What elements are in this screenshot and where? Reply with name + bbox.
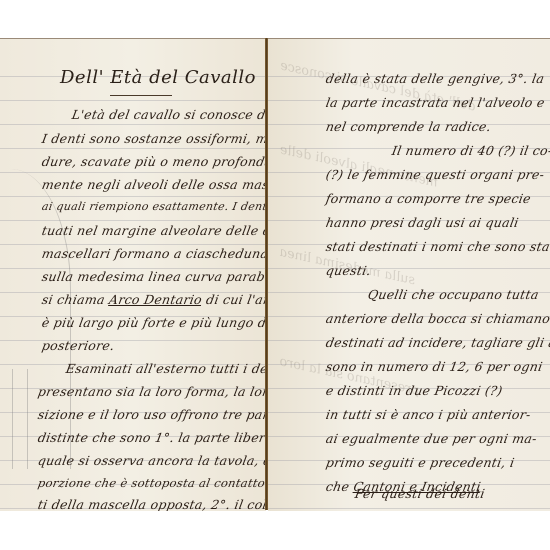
text-line: quale si osserva ancora la tavola, cioè … <box>37 453 266 468</box>
text-line: destinati ad incidere, tagliare gli a- <box>325 335 550 350</box>
text-line: Per questi dei denti <box>354 486 487 501</box>
text-line: primo seguiti e precedenti, i <box>325 455 516 470</box>
text-line: tuati nel margine alveolare delle ossa <box>41 223 266 238</box>
text-line: L'età del cavallo si conosce dai denti <box>71 107 266 122</box>
text-line: hanno presi dagli usi ai quali <box>325 215 520 230</box>
text-fragment: si chiama <box>41 292 107 307</box>
text-line: mente negli alveoli delle ossa mascellar… <box>41 177 266 192</box>
text-line: sono in numero di 12, 6 per ogni <box>325 359 544 374</box>
text-line: mascellari formano a ciascheduna una <box>41 246 266 261</box>
text-line: ai egualmente due per ogni ma- <box>325 431 539 446</box>
text-line: porzione che è sottoposta al contatto de… <box>37 476 266 490</box>
underlined-term: Arco Dentario <box>108 292 204 307</box>
pencil-sketch-leg <box>12 369 28 469</box>
text-line: Quelli che occupano tutta <box>367 287 540 302</box>
text-line: posteriore. <box>41 338 116 353</box>
title-underline <box>110 95 172 96</box>
text-line: formano a comporre tre specie <box>325 191 533 206</box>
text-line: I denti sono sostanze ossiformi, molto <box>41 131 266 146</box>
text-fragment: di cui l'anteriore <box>205 292 266 307</box>
text-line: Il numero di 40 (?) il co- <box>391 143 550 158</box>
text-line: presentano sia la loro forma, la loro po… <box>37 384 266 399</box>
text-line: la parte incastrata nel l'alveolo e <box>325 95 546 110</box>
text-line: stati destinati i nomi che sono stati <box>325 239 550 254</box>
text-line: in tutti si è anco i più anterior- <box>325 407 532 422</box>
text-line: anteriore della bocca si chiamano <box>325 311 550 326</box>
text-line: sulla medesima linea curva parabola che <box>41 269 266 284</box>
text-line: nel comprende la radice. <box>325 119 493 134</box>
text-line: Esaminati all'esterno tutti i denti <box>65 361 266 376</box>
text-line: sizione e il loro uso offrono tre parti … <box>37 407 266 422</box>
text-line: (?) le femmine questi organi pre- <box>325 167 546 182</box>
text-line: è più largo più forte e più lungo del <box>41 315 266 330</box>
text-line: dure, scavate più o meno profonda- <box>41 154 266 169</box>
text-line: della è stata delle gengive, 3°. la <box>325 71 546 86</box>
page-title: Dell' Età del Cavallo <box>60 67 256 88</box>
text-line: ti della mascella opposta, 2°. il collo <box>37 497 266 511</box>
text-fragment: che <box>325 479 351 494</box>
text-line: ai quali riempiono esattamente. I denti … <box>41 200 266 213</box>
text-line: e distinti in due Picozzi (?) <box>325 383 504 398</box>
text-line: si chiama Arco Dentario di cui l'anterio… <box>41 292 266 307</box>
right-page: dell' età del cavallo si conosce mente n… <box>268 38 550 511</box>
left-page: Dell' Età del Cavallo L'età del cavallo … <box>0 38 266 511</box>
text-line: questi. <box>325 263 373 278</box>
text-line: distinte che sono 1°. la parte libera, n… <box>37 430 266 445</box>
